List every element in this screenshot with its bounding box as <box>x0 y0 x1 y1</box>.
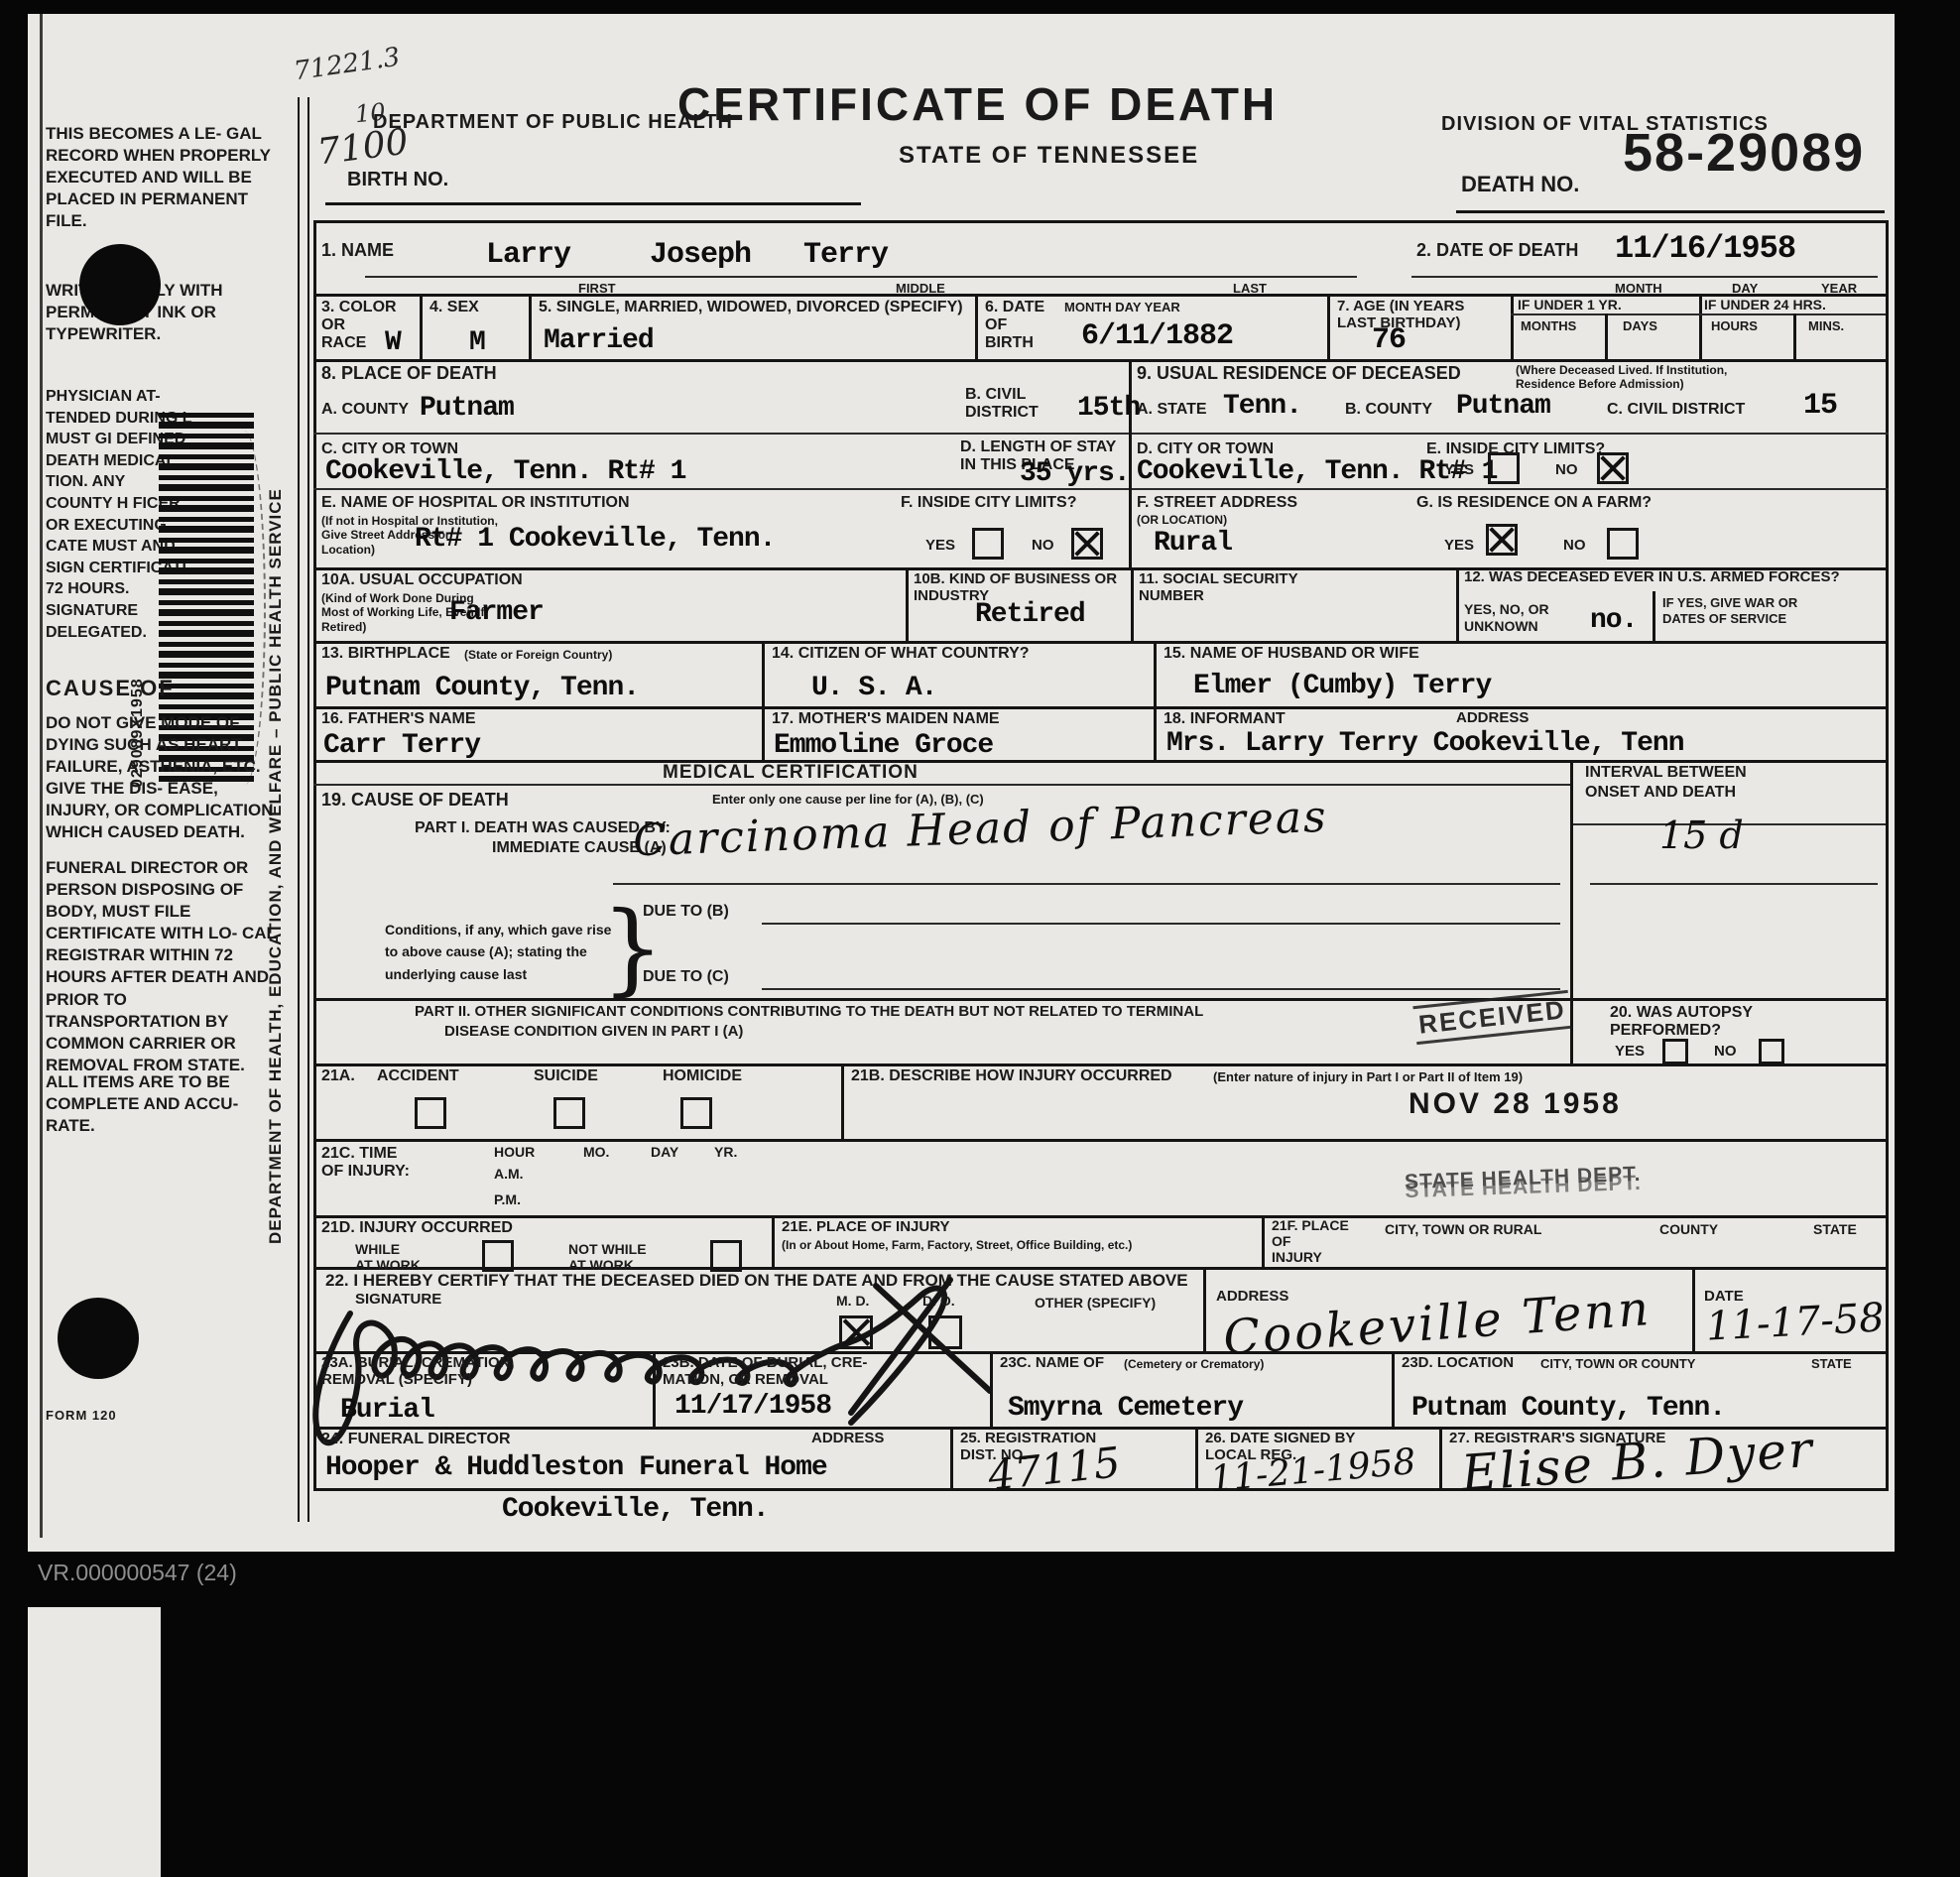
mo-head: MO. <box>583 1145 609 1161</box>
place-of-injury-label: 21E. PLACE OF INJURY <box>782 1219 949 1236</box>
residence-title: 9. USUAL RESIDENCE OF DECEASED <box>1137 363 1461 383</box>
inside-limits-no-checkbox <box>1071 528 1103 560</box>
date-handwritten-value: 11-17-58 <box>1705 1295 1886 1349</box>
medical-certification-title: MEDICAL CERTIFICATION <box>663 762 919 783</box>
vertical-department-text: DEPARTMENT OF HEALTH, EDUCATION, AND WEL… <box>266 331 285 1244</box>
burial-date-label-2: MATION, OR REMOVAL <box>663 1372 828 1389</box>
residence-note: (Where Deceased Lived. If Institution, R… <box>1516 363 1783 392</box>
autopsy-yes: YES <box>1615 1044 1645 1061</box>
date-of-death-value: 11/16/1958 <box>1615 230 1795 267</box>
birthplace-label: 13. BIRTHPLACE <box>321 645 450 663</box>
farm-yes-checkbox <box>1486 524 1518 556</box>
under-24hrs-label: IF UNDER 24 HRS. <box>1704 298 1826 313</box>
ssn-label-2: NUMBER <box>1139 588 1204 605</box>
funeral-director-label: 24. FUNERAL DIRECTOR <box>321 1431 511 1448</box>
funeral-director-address-label: ADDRESS <box>811 1431 884 1447</box>
inside-limits-label: F. INSIDE CITY LIMITS? <box>901 494 1077 512</box>
ssn-label-1: 11. SOCIAL SECURITY <box>1139 571 1298 588</box>
res-state-value: Tenn. <box>1223 391 1301 422</box>
homicide-head: HOMICIDE <box>663 1067 742 1085</box>
header-state: STATE OF TENNESSEE <box>899 143 1199 170</box>
margin-note-cause: DO NOT GIVE MODE OF DYING SUCH AS HEART … <box>46 712 278 844</box>
street-address-label-2: (OR LOCATION) <box>1137 513 1227 527</box>
margin-cause-of: CAUSE OF <box>46 677 175 701</box>
conditions-note: Conditions, if any, which gave rise to a… <box>385 919 613 985</box>
autopsy-no-checkbox <box>1759 1039 1784 1064</box>
res-inside-yes: YES <box>1444 462 1474 479</box>
res-district-label: C. CIVIL DISTRICT <box>1607 401 1745 419</box>
informant-address-label: ADDRESS <box>1456 710 1529 727</box>
pencil-scribble-1: 71221.3 <box>292 43 402 87</box>
margin-note-funeral-director: FUNERAL DIRECTOR OR PERSON DISPOSING OF … <box>46 857 278 1076</box>
date-of-death-label: 2. DATE OF DEATH <box>1416 240 1578 260</box>
place-of-injury-note: (In or About Home, Farm, Factory, Street… <box>782 1238 1139 1252</box>
describe-injury-note: (Enter nature of injury in Part I or Par… <box>1213 1069 1523 1085</box>
time-of-injury-label-1: 21C. TIME <box>321 1145 397 1163</box>
county-value: Putnam <box>420 393 514 424</box>
color-race-label-2: OR <box>321 316 345 334</box>
dob-label-1: 6. DATE <box>985 299 1044 316</box>
scan-edge-line <box>40 14 43 1538</box>
res-state-label: A. STATE <box>1137 401 1207 419</box>
suicide-head: SUICIDE <box>534 1067 598 1085</box>
place-of-death-title: 8. PLACE OF DEATH <box>321 363 497 383</box>
color-race-value: W <box>385 327 401 358</box>
hospital-value: Rt# 1 Cookeville, Tenn. <box>415 524 775 555</box>
address-label: ADDRESS <box>1216 1289 1288 1306</box>
location-head-1: CITY, TOWN OR COUNTY <box>1540 1357 1695 1372</box>
armed-forces-sub-1: YES, NO, OR <box>1464 602 1549 618</box>
marital-label: 5. SINGLE, MARRIED, WIDOWED, DIVORCED (S… <box>539 299 965 316</box>
burial-date-value: 11/17/1958 <box>674 1391 831 1422</box>
dob-label-sub: MONTH DAY YEAR <box>1064 301 1180 315</box>
farm-no-checkbox <box>1607 528 1639 560</box>
place-injury-f-label-3: INJURY <box>1272 1250 1322 1266</box>
dob-label-3: BIRTH <box>985 334 1034 352</box>
informant-value: Mrs. Larry Terry Cookeville, Tenn <box>1166 728 1684 759</box>
informant-label: 18. INFORMANT <box>1164 710 1286 728</box>
under-24hrs-mins: MINS. <box>1808 319 1844 334</box>
occupation-label: 10A. USUAL OCCUPATION <box>321 571 523 589</box>
funeral-director-city: Cookeville, Tenn. <box>502 1494 769 1525</box>
death-no-value: 58-29089 <box>1623 123 1865 183</box>
father-label: 16. FATHER'S NAME <box>321 710 476 728</box>
cemetery-value: Smyrna Cemetery <box>1008 1393 1243 1424</box>
city-town-rural-head: CITY, TOWN OR RURAL <box>1385 1222 1541 1238</box>
time-of-injury-label-2: OF INJURY: <box>321 1163 410 1181</box>
age-value: 76 <box>1372 323 1406 357</box>
burial-date-label-1: 23B. DATE OF BURIAL, CRE- <box>663 1355 867 1372</box>
inside-limits-yes-checkbox <box>972 528 1004 560</box>
name-label: 1. NAME <box>321 240 394 260</box>
autopsy-label-2: PERFORMED? <box>1610 1022 1721 1040</box>
form-number: FORM 120 <box>46 1409 117 1424</box>
scan-reference-code: VR.000000547 (24) <box>38 1560 237 1586</box>
res-inside-no-checkbox <box>1597 452 1629 484</box>
am-label: A.M. <box>494 1167 524 1183</box>
dob-label-2: OF <box>985 316 1007 334</box>
part2-label-2: DISEASE CONDITION GIVEN IN PART I (A) <box>444 1024 743 1041</box>
md-label: M. D. <box>836 1294 869 1310</box>
street-address-value: Rural <box>1154 528 1232 559</box>
autopsy-label-1: 20. WAS AUTOPSY <box>1610 1004 1753 1022</box>
name-middle-value: Joseph <box>650 238 751 272</box>
civil-district-value: 15th <box>1077 393 1140 424</box>
md-checkbox <box>839 1315 873 1349</box>
armed-forces-sub-2: UNKNOWN <box>1464 619 1538 635</box>
page-title: CERTIFICATE OF DEATH <box>677 79 1278 131</box>
sub-day: DAY <box>1732 282 1758 297</box>
homicide-checkbox <box>680 1097 712 1129</box>
res-county-label: B. COUNTY <box>1345 401 1432 419</box>
scan-white-block <box>28 1607 161 1877</box>
due-to-c-label: DUE TO (C) <box>643 968 729 986</box>
under-24hrs-hours: HOURS <box>1711 319 1758 334</box>
scanned-death-certificate: THIS BECOMES A LE- GAL RECORD WHEN PROPE… <box>0 0 1960 1877</box>
hour-head: HOUR <box>494 1145 535 1161</box>
under-1yr-days: DAYS <box>1623 319 1657 334</box>
business-label-1: 10B. KIND OF BUSINESS OR <box>914 571 1117 588</box>
citizen-value: U. S. A. <box>811 673 936 703</box>
pm-label: P.M. <box>494 1192 521 1208</box>
margin-note-legal-record: THIS BECOMES A LE- GAL RECORD WHEN PROPE… <box>46 123 278 232</box>
sex-label: 4. SEX <box>429 299 479 316</box>
do-label: D. O. <box>922 1294 955 1310</box>
burial-label-2: REMOVAL (SPECIFY) <box>321 1372 472 1389</box>
street-address-label-1: F. STREET ADDRESS <box>1137 494 1297 512</box>
injury-occurred-label: 21D. INJURY OCCURRED <box>321 1219 513 1237</box>
citizen-label: 14. CITIZEN OF WHAT COUNTRY? <box>772 645 1030 663</box>
armed-forces-label: 12. WAS DECEASED EVER IN U.S. ARMED FORC… <box>1464 569 1881 586</box>
interval-label-2: ONSET AND DEATH <box>1585 784 1736 802</box>
sub-last: LAST <box>1233 282 1267 297</box>
name-first-value: Larry <box>486 238 570 272</box>
punch-hole-bottom <box>58 1298 139 1379</box>
interval-label-1: INTERVAL BETWEEN <box>1585 764 1747 782</box>
sub-first: FIRST <box>578 282 616 297</box>
while-label-1: WHILE <box>355 1242 400 1258</box>
mother-value: Emmoline Groce <box>774 730 993 761</box>
other-specify-label: OTHER (SPECIFY) <box>1035 1296 1156 1312</box>
res-county-value: Putnam <box>1456 391 1550 422</box>
cemetery-label: 23C. NAME OF <box>1000 1355 1104 1372</box>
spouse-value: Elmer (Cumby) Terry <box>1193 671 1491 701</box>
funeral-director-value: Hooper & Huddleston Funeral Home <box>325 1452 827 1483</box>
res-district-value: 15 <box>1803 389 1837 423</box>
nov-28-1958-stamp: NOV 28 1958 <box>1409 1087 1622 1121</box>
interval-value: 15 d <box>1659 813 1744 857</box>
birthplace-value: Putnam County, Tenn. <box>325 673 639 703</box>
state-head: STATE <box>1813 1222 1857 1238</box>
res-city-value: Cookeville, Tenn. Rt# 1 <box>1137 456 1497 487</box>
city-town-value: Cookeville, Tenn. Rt# 1 <box>325 456 685 487</box>
inside-limits-no: NO <box>1032 538 1054 555</box>
res-inside-yes-checkbox <box>1488 452 1520 484</box>
civil-district-label-2: DISTRICT <box>965 404 1039 422</box>
sub-year: YEAR <box>1821 282 1857 297</box>
suicide-checkbox <box>553 1097 585 1129</box>
yr-head: YR. <box>714 1145 737 1161</box>
spouse-label: 15. NAME OF HUSBAND OR WIFE <box>1164 645 1419 663</box>
name-last-value: Terry <box>803 238 888 272</box>
part2-label-1: PART II. OTHER SIGNIFICANT CONDITIONS CO… <box>415 1004 1203 1021</box>
describe-injury-label: 21B. DESCRIBE HOW INJURY OCCURRED <box>851 1067 1172 1085</box>
cause-of-death-label: 19. CAUSE OF DEATH <box>321 790 509 810</box>
birth-no-label: BIRTH NO. <box>347 169 448 190</box>
length-of-stay-label-1: D. LENGTH OF STAY <box>960 438 1116 456</box>
state-health-dept-stamp: STATE HEALTH DEPT. <box>1405 1163 1642 1194</box>
location-label: 23D. LOCATION <box>1402 1355 1514 1372</box>
mother-label: 17. MOTHER'S MAIDEN NAME <box>772 710 1000 728</box>
date-signed-label-1: 26. DATE SIGNED BY <box>1205 1431 1355 1447</box>
farm-yes: YES <box>1444 538 1474 555</box>
civil-district-label-1: B. CIVIL <box>965 386 1026 404</box>
dob-value: 6/11/1882 <box>1081 319 1233 353</box>
not-while-label-1: NOT WHILE <box>568 1242 647 1258</box>
cemetery-note: (Cemetery or Crematory) <box>1124 1357 1264 1371</box>
sub-middle: MIDDLE <box>896 282 945 297</box>
margin-note-all-items: ALL ITEMS ARE TO BE COMPLETE AND ACCU- R… <box>46 1071 278 1137</box>
location-value: Putnam County, Tenn. <box>1411 1393 1725 1424</box>
color-race-label-3: RACE <box>321 334 366 352</box>
while-at-work-checkbox <box>482 1240 514 1272</box>
place-injury-f-label-1: 21F. PLACE <box>1272 1218 1349 1234</box>
sex-value: M <box>469 327 485 358</box>
business-value: Retired <box>975 599 1085 630</box>
burial-label-1: 23A. BURIAL, CREMATION, <box>321 1355 515 1372</box>
burial-value: Burial <box>340 1395 434 1426</box>
accident-checkbox <box>415 1097 446 1129</box>
farm-no: NO <box>1563 538 1586 555</box>
birthplace-note: (State or Foreign Country) <box>464 648 612 662</box>
county-label: A. COUNTY <box>321 401 409 419</box>
place-injury-f-label-2: OF <box>1272 1234 1290 1250</box>
age-label-1: 7. AGE (IN YEARS <box>1337 299 1464 315</box>
not-while-at-work-checkbox <box>710 1240 742 1272</box>
sub-month: MONTH <box>1615 282 1662 297</box>
inside-limits-yes: YES <box>925 538 955 555</box>
death-no-label: DEATH NO. <box>1461 173 1579 197</box>
do-checkbox <box>928 1315 962 1349</box>
under-1yr-months: MONTHS <box>1521 319 1576 334</box>
res-inside-no: NO <box>1555 462 1578 479</box>
father-value: Carr Terry <box>323 730 480 761</box>
under-1yr-label: IF UNDER 1 YR. <box>1518 298 1622 313</box>
accident-row-label: 21A. <box>321 1067 355 1085</box>
location-head-2: STATE <box>1811 1357 1852 1372</box>
marital-value: Married <box>544 325 654 356</box>
length-of-stay-value: 35 yrs. <box>1020 458 1130 489</box>
day-head: DAY <box>651 1145 678 1161</box>
armed-forces-if-yes: IF YES, GIVE WAR OR DATES OF SERVICE <box>1662 595 1801 628</box>
armed-forces-value: no. <box>1590 605 1637 636</box>
autopsy-yes-checkbox <box>1662 1039 1688 1064</box>
accident-head: ACCIDENT <box>377 1067 459 1085</box>
certificate-paper: THIS BECOMES A LE- GAL RECORD WHEN PROPE… <box>28 14 1895 1552</box>
farm-label: G. IS RESIDENCE ON A FARM? <box>1416 494 1652 512</box>
county-head: COUNTY <box>1659 1222 1718 1238</box>
autopsy-no: NO <box>1714 1044 1737 1061</box>
color-race-label-1: 3. COLOR <box>321 299 397 316</box>
hospital-label: E. NAME OF HOSPITAL OR INSTITUTION <box>321 494 630 512</box>
occupation-value: Farmer <box>449 597 544 628</box>
punch-hole-top <box>79 244 161 325</box>
